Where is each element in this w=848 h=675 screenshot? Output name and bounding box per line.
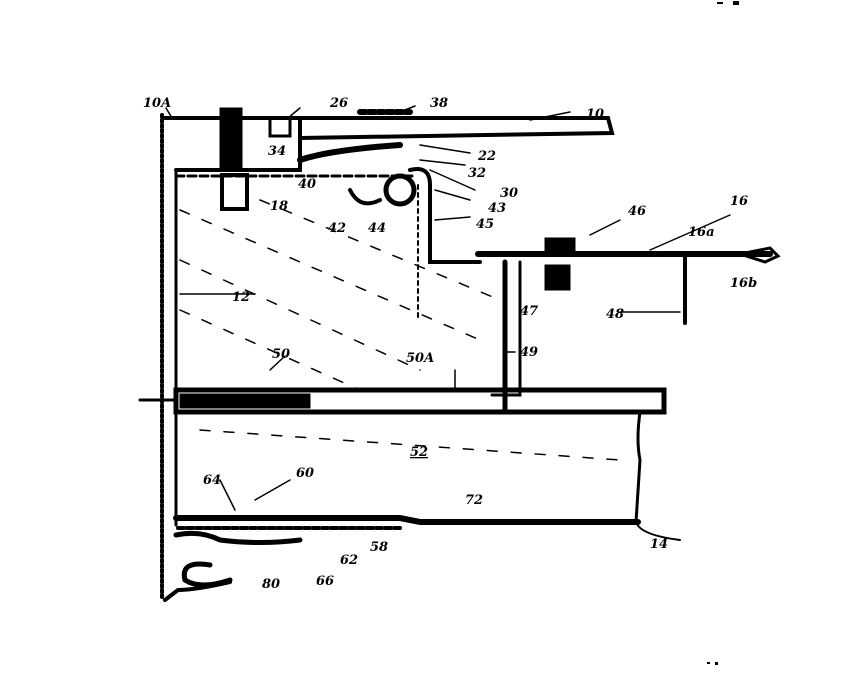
label-14: 14 <box>650 537 668 552</box>
label-47: 47 <box>520 304 538 319</box>
label-34: 34 <box>268 144 286 159</box>
label-10: 10 <box>586 107 604 122</box>
label-12: 12 <box>232 290 250 305</box>
label-50a: 50A <box>406 351 434 366</box>
label-30: 30 <box>500 186 518 201</box>
label-66: 66 <box>316 574 334 589</box>
label-32: 32 <box>468 166 486 181</box>
patent-cross-section-drawing: 10A 26 38 10 34 22 32 30 40 18 43 42 44 … <box>0 0 848 675</box>
label-60: 60 <box>296 466 314 481</box>
drawing-lines <box>140 106 778 600</box>
bolt <box>220 108 242 170</box>
label-45: 45 <box>476 217 494 232</box>
label-48: 48 <box>606 307 624 322</box>
label-80: 80 <box>262 577 280 592</box>
label-72: 72 <box>465 493 483 508</box>
label-58: 58 <box>370 540 388 555</box>
label-18: 18 <box>270 199 288 214</box>
label-38: 38 <box>430 96 448 111</box>
label-64: 64 <box>203 473 221 488</box>
label-43: 43 <box>488 201 506 216</box>
label-16a: 16a <box>688 225 715 240</box>
label-50: 50 <box>272 347 290 362</box>
label-52: 52 <box>410 445 428 460</box>
label-16: 16 <box>730 194 748 209</box>
label-10a: 10A <box>143 96 171 111</box>
label-40: 40 <box>298 177 316 192</box>
label-62: 62 <box>340 553 358 568</box>
label-22: 22 <box>477 149 496 164</box>
label-16b: 16b <box>730 276 757 291</box>
label-42: 42 <box>328 221 346 236</box>
label-26: 26 <box>329 96 348 111</box>
label-46: 46 <box>628 204 646 219</box>
label-49: 49 <box>520 345 538 360</box>
label-44: 44 <box>368 221 386 236</box>
